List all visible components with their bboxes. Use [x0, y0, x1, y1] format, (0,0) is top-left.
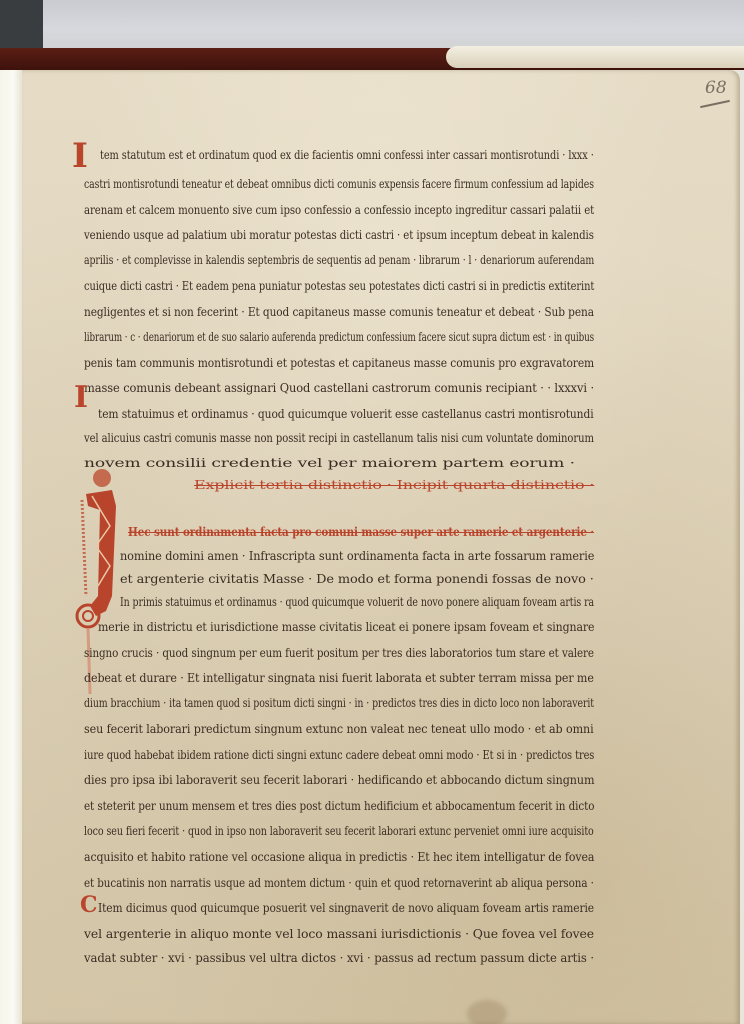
scanner-corner: [0, 0, 43, 52]
text-line: dies pro ipsa ibi laboraverit seu feceri…: [84, 773, 594, 787]
text-line: castri montisrotundi teneatur et debeat …: [84, 177, 594, 191]
parchment-stain: [467, 1000, 507, 1024]
text-line: arenam et calcem monuento sive cum ipso …: [84, 203, 594, 217]
text-line: et steterit per unum mensem et tres dies…: [84, 799, 594, 813]
initial-letter: I: [74, 380, 88, 415]
page-gutter: [0, 70, 22, 1024]
rubric-explicit: Explicit tertia distinctio · Incipit qua…: [194, 478, 594, 492]
text-line: et bucatinis non narratis usque ad monte…: [84, 876, 594, 890]
text-line: cuique dicti castri · Et eadem pena puni…: [84, 279, 594, 293]
text-line: tem statuimus et ordinamus · quod quicum…: [98, 407, 594, 421]
text-line: librarum · c · denariorum et de suo sala…: [84, 330, 594, 344]
text-line: et argenterie civitatis Masse · De modo …: [120, 572, 594, 586]
folio-number: 68: [705, 78, 727, 98]
text-line: iure quod habebat ibidem ratione dicti s…: [84, 748, 594, 762]
text-line: debeat et durare · Et intelligatur singn…: [84, 671, 594, 685]
line-text: tem statutum est et ordinatum quod ex di…: [100, 148, 594, 162]
initial-letter: I: [72, 136, 88, 176]
line-text: masse comunis debeant assignari Quod cas…: [84, 381, 594, 395]
text-line: merie in districtu et iurisdictione mass…: [98, 620, 594, 634]
text-line: loco seu fieri fecerit · quod in ipso no…: [84, 824, 594, 838]
text-line: vadat subter · xvi · passibus vel ultra …: [84, 951, 594, 965]
text-line: masse comunis debeant assignari Quod cas…: [84, 381, 594, 395]
text-line: dium bracchium · ita tamen quod si posit…: [84, 696, 594, 710]
rubric-heading: Hec sunt ordinamenta facta pro comuni ma…: [128, 525, 594, 539]
text-line: seu fecerit laborari predictum singnum e…: [84, 722, 594, 736]
initial-letter: C: [80, 892, 98, 918]
text-line: novem consilii credentie vel per maiorem…: [84, 456, 575, 470]
text-line: nomine domini amen · Infrascripta sunt o…: [120, 549, 594, 563]
text-line: veniendo usque ad palatium ubi moratur p…: [84, 228, 594, 242]
text-line: tem statutum est et ordinatum quod ex di…: [100, 148, 594, 162]
page-edge-curl: [446, 46, 744, 68]
text-line: vel argenterie in aliquo monte vel loco …: [84, 927, 594, 941]
text-line: penis tam communis montisrotundi et pote…: [84, 356, 594, 370]
text-line: vel alicuius castri comunis masse non po…: [84, 431, 594, 445]
text-line: Item dicimus quod quicumque posuerit vel…: [98, 901, 594, 915]
text-line: aprilis · et complevisse in kalendis sep…: [84, 253, 594, 267]
scanner-background: [0, 0, 744, 48]
text-line: singno crucis · quod singnum per eum fue…: [84, 646, 594, 660]
text-line: negligentes et si non fecerint · Et quod…: [84, 305, 594, 319]
text-line: acquisito et habito ratione vel occasion…: [84, 850, 594, 864]
text-line: In primis statuimus et ordinamus · quod …: [120, 595, 594, 609]
